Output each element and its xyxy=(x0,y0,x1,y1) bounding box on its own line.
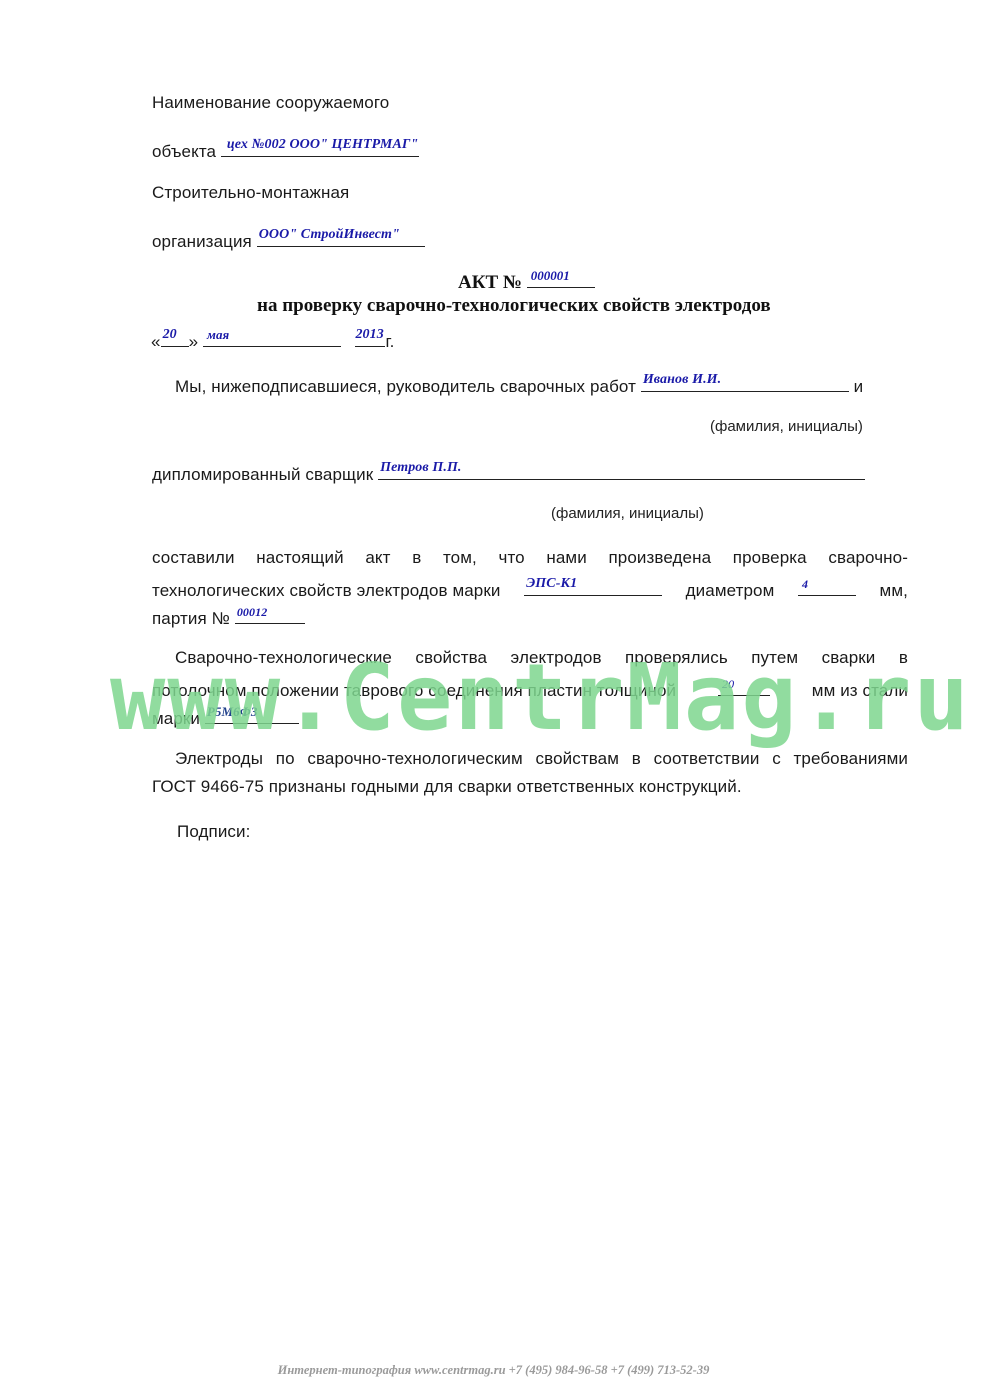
p2-line2-b: диаметром xyxy=(686,581,775,601)
p3-line2-a: потолочном положении таврового соединени… xyxy=(152,681,676,701)
welder-hint: (фамилия, инициалы) xyxy=(551,505,704,522)
footer-contacts: Интернет-типография www.centrmag.ru +7 (… xyxy=(0,1363,987,1378)
electrode-brand-value: ЭПС-К1 xyxy=(526,576,577,592)
p4-line2: ГОСТ 9466-75 признаны годными для сварки… xyxy=(152,777,742,797)
year-field[interactable]: 2013 xyxy=(355,328,385,347)
org-label-2: организация xyxy=(152,232,252,251)
supervisor-hint: (фамилия, инициалы) xyxy=(710,418,863,435)
p4-line1: Электроды по сварочно-технологическим св… xyxy=(175,749,908,769)
thickness-value: 20 xyxy=(722,677,734,692)
batch-row: партия № 00012 xyxy=(152,605,305,629)
object-label-2: объекта xyxy=(152,142,216,161)
org-field[interactable]: ООО" СтройИнвест" xyxy=(257,228,425,247)
p2-line1: составили настоящий акт в том, что нами … xyxy=(152,548,908,568)
welder-row: дипломированный сварщик Петров П.П. xyxy=(152,461,865,485)
object-field-row: объекта цех №002 ООО" ЦЕНТРМАГ" xyxy=(152,138,419,162)
act-subtitle: на проверку сварочно-технологических сво… xyxy=(257,295,771,317)
p2-line2: технологических свойств электродов марки… xyxy=(152,577,908,601)
month-field[interactable]: мая xyxy=(203,328,341,347)
steel-row: марки Р5М6Ф3 xyxy=(152,705,299,729)
act-number-field[interactable]: 000001 xyxy=(527,271,595,288)
act-title-prefix: АКТ № xyxy=(458,272,522,293)
welder-label: дипломированный сварщик xyxy=(152,465,373,484)
org-value: ООО" СтройИнвест" xyxy=(259,227,400,243)
p2-line2-a: технологических свойств электродов марки xyxy=(152,581,501,601)
supervisor-value: Иванов И.И. xyxy=(643,372,721,388)
org-field-row: организация ООО" СтройИнвест" xyxy=(152,228,425,252)
act-date: «20» мая 2013г. xyxy=(151,328,395,352)
batch-label: партия № xyxy=(152,609,230,628)
supervisor-row: Мы, нижеподписавшиеся, руководитель свар… xyxy=(175,373,863,397)
object-field[interactable]: цех №002 ООО" ЦЕНТРМАГ" xyxy=(221,138,419,157)
electrode-brand-field[interactable]: ЭПС-К1 xyxy=(524,577,662,596)
thickness-field[interactable]: 20 xyxy=(718,677,770,696)
object-value: цех №002 ООО" ЦЕНТРМАГ" xyxy=(227,137,418,153)
p2-line2-c: мм, xyxy=(880,581,908,601)
year-suffix: г. xyxy=(385,332,394,351)
p3-line1: Сварочно-технологические свойства электр… xyxy=(175,648,908,668)
p3-line2: потолочном положении таврового соединени… xyxy=(152,677,908,701)
act-number: 000001 xyxy=(531,268,570,284)
steel-field[interactable]: Р5М6Ф3 xyxy=(205,705,299,724)
batch-value: 00012 xyxy=(237,605,268,620)
object-label: Наименование сооружаемого xyxy=(152,93,389,113)
p3-line2-b: мм из стали xyxy=(812,681,908,701)
welder-field[interactable]: Петров П.П. xyxy=(378,461,865,480)
batch-field[interactable]: 00012 xyxy=(235,605,305,624)
day-field[interactable]: 20 xyxy=(161,328,189,347)
date-close-quote: » xyxy=(189,332,199,351)
supervisor-field[interactable]: Иванов И.И. xyxy=(641,373,849,392)
welder-value: Петров П.П. xyxy=(380,460,461,476)
steel-label: марки xyxy=(152,709,200,728)
signatures-label: Подписи: xyxy=(177,822,250,842)
org-label: Строительно-монтажная xyxy=(152,183,349,203)
p1-end: и xyxy=(854,377,864,396)
diameter-value: 4 xyxy=(802,577,808,592)
steel-value: Р5М6Ф3 xyxy=(207,704,258,720)
diameter-field[interactable]: 4 xyxy=(798,577,856,596)
act-title: АКТ № 000001 xyxy=(458,271,595,294)
day-value: 20 xyxy=(163,327,177,343)
month-value: мая xyxy=(207,327,229,343)
year-value: 2013 xyxy=(355,327,383,343)
p1-text: Мы, нижеподписавшиеся, руководитель свар… xyxy=(175,377,636,396)
date-open-quote: « xyxy=(151,332,161,351)
